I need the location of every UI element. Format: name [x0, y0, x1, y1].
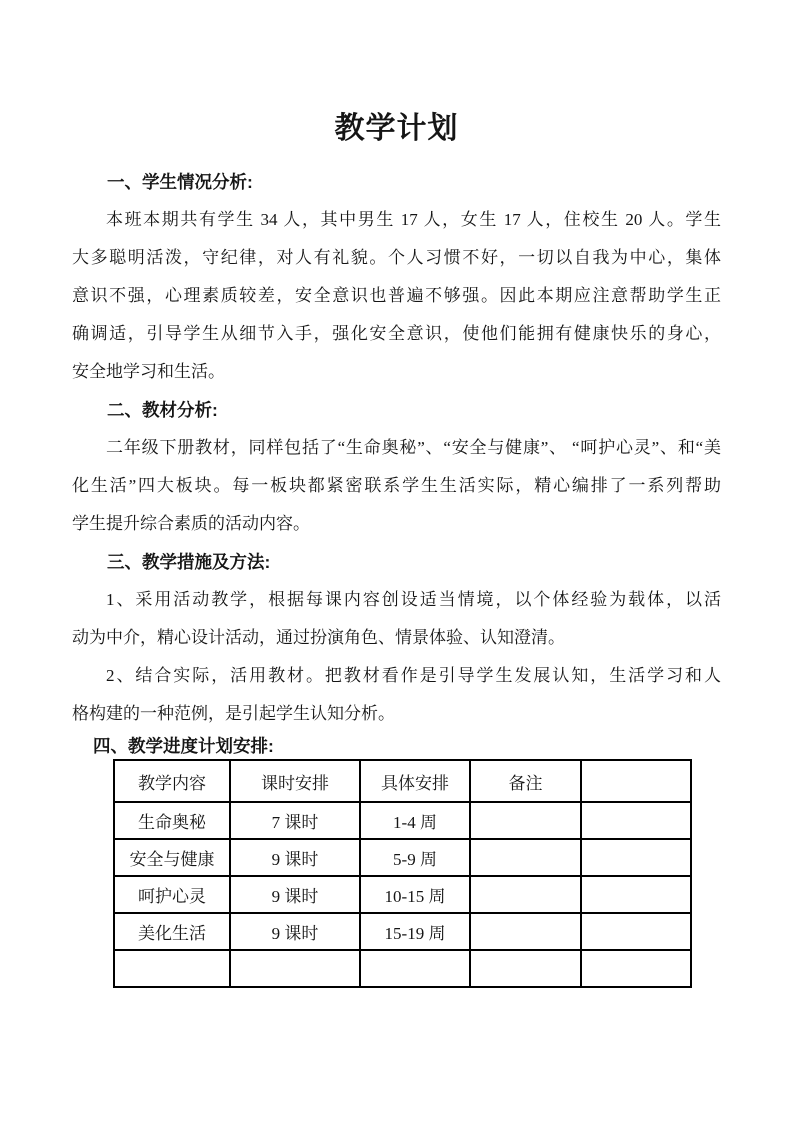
table-cell: 5-9 周 — [360, 839, 470, 876]
section-1-paragraph: 本班本期共有学生 34 人，其中男生 17 人，女生 17 人，住校生 20 人… — [72, 201, 721, 391]
section-4-heading: 四、教学进度计划安排: — [72, 733, 721, 759]
paragraph-line: 意识不强，心理素质较差，安全意识也普遍不够强。因此本期应注意帮助学生正 — [72, 277, 721, 315]
paragraph-line: 学生提升综合素质的活动内容。 — [72, 505, 721, 543]
table-cell — [230, 950, 360, 987]
section-2-paragraph: 二年级下册教材，同样包括了“生命奥秘”、“安全与健康”、 “呵护心灵”、和“美 … — [72, 429, 721, 543]
paragraph-line: 化生活”四大板块。每一板块都紧密联系学生生活实际，精心编排了一系列帮助 — [72, 467, 721, 505]
paragraph-line: 本班本期共有学生 34 人，其中男生 17 人，女生 17 人，住校生 20 人… — [72, 201, 721, 239]
table-cell — [581, 876, 691, 913]
table-cell — [470, 950, 581, 987]
table-cell — [360, 950, 470, 987]
section-3-heading: 三、教学措施及方法: — [72, 543, 721, 581]
table-cell: 15-19 周 — [360, 913, 470, 950]
section-3-item-1: 1、采用活动教学，根据每课内容创设适当情境，以个体经验为载体，以活 动为中介，精… — [72, 581, 721, 657]
table-header-row: 教学内容 课时安排 具体安排 备注 — [114, 760, 691, 802]
table-header-cell: 具体安排 — [360, 760, 470, 802]
table-cell: 10-15 周 — [360, 876, 470, 913]
table-cell — [470, 876, 581, 913]
paragraph-line: 2、结合实际，活用教材。把教材看作是引导学生发展认知，生活学习和人 — [72, 657, 721, 695]
table-header-cell — [581, 760, 691, 802]
table-row — [114, 950, 691, 987]
table-row: 生命奥秘 7 课时 1-4 周 — [114, 802, 691, 839]
document-page: 教学计划 一、学生情况分析: 本班本期共有学生 34 人，其中男生 17 人，女… — [0, 0, 793, 1122]
table-row: 美化生活 9 课时 15-19 周 — [114, 913, 691, 950]
section-2-heading: 二、教材分析: — [72, 391, 721, 429]
table-cell — [114, 950, 230, 987]
section-3-item-2: 2、结合实际，活用教材。把教材看作是引导学生发展认知，生活学习和人 格构建的一种… — [72, 657, 721, 733]
table-cell: 1-4 周 — [360, 802, 470, 839]
table-header-cell: 备注 — [470, 760, 581, 802]
paragraph-line: 格构建的一种范例，是引起学生认知分析。 — [72, 695, 721, 733]
table-cell — [470, 913, 581, 950]
table-cell — [470, 802, 581, 839]
paragraph-line: 1、采用活动教学，根据每课内容创设适当情境，以个体经验为载体，以活 — [72, 581, 721, 619]
table-cell: 呵护心灵 — [114, 876, 230, 913]
paragraph-line: 二年级下册教材，同样包括了“生命奥秘”、“安全与健康”、 “呵护心灵”、和“美 — [72, 429, 721, 467]
schedule-table: 教学内容 课时安排 具体安排 备注 生命奥秘 7 课时 1-4 周 安全与健康 … — [113, 759, 692, 988]
table-cell: 9 课时 — [230, 876, 360, 913]
table-cell — [581, 839, 691, 876]
table-cell: 生命奥秘 — [114, 802, 230, 839]
doc-title: 教学计划 — [72, 106, 721, 152]
table-cell: 9 课时 — [230, 913, 360, 950]
table-cell: 美化生活 — [114, 913, 230, 950]
table-cell: 9 课时 — [230, 839, 360, 876]
table-row: 呵护心灵 9 课时 10-15 周 — [114, 876, 691, 913]
table-row: 安全与健康 9 课时 5-9 周 — [114, 839, 691, 876]
table-cell — [581, 913, 691, 950]
paragraph-line: 确调适，引导学生从细节入手，强化安全意识，使他们能拥有健康快乐的身心， — [72, 315, 721, 353]
table-cell — [470, 839, 581, 876]
paragraph-line: 动为中介，精心设计活动，通过扮演角色、情景体验、认知澄清。 — [72, 619, 721, 657]
section-1-heading: 一、学生情况分析: — [72, 163, 721, 201]
table-cell: 安全与健康 — [114, 839, 230, 876]
table-cell — [581, 802, 691, 839]
paragraph-line: 大多聪明活泼，守纪律，对人有礼貌。个人习惯不好，一切以自我为中心，集体 — [72, 239, 721, 277]
table-header-cell: 教学内容 — [114, 760, 230, 802]
table-cell: 7 课时 — [230, 802, 360, 839]
table-header-cell: 课时安排 — [230, 760, 360, 802]
paragraph-line: 安全地学习和生活。 — [72, 353, 721, 391]
table-cell — [581, 950, 691, 987]
